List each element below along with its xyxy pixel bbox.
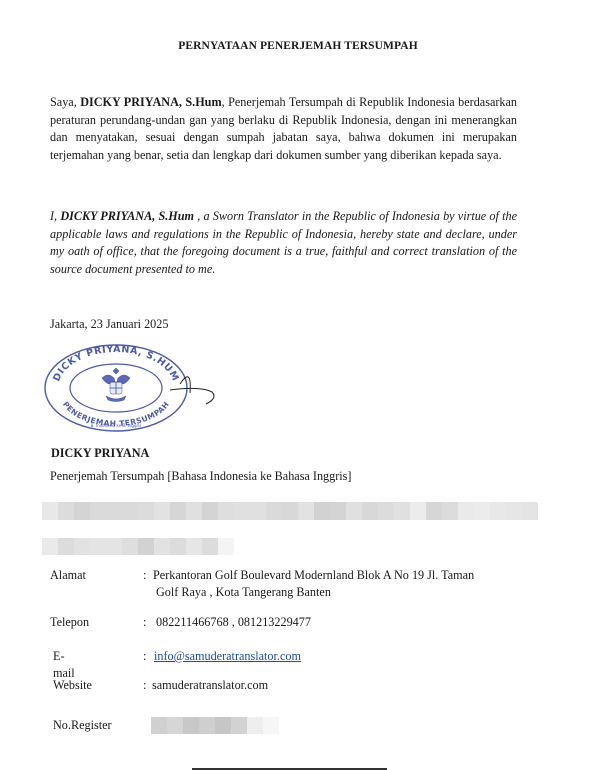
statement-english: I, DICKY PRIYANA, S.Hum , a Sworn Transl… — [50, 208, 517, 278]
email-colon: : — [143, 648, 146, 665]
address-colon: : — [143, 567, 146, 584]
redacted-line-1 — [42, 502, 538, 520]
address-label: Alamat — [50, 567, 86, 584]
garuda-emblem-icon — [102, 368, 130, 402]
statement-en-prefix: I, — [50, 209, 60, 223]
statement-indonesian: Saya, DICKY PRIYANA, S.Hum, Penerjemah T… — [50, 94, 517, 164]
official-stamp: DICKY PRIYANA, S.HUM PENERJEMAH TERSUMPA… — [40, 338, 220, 433]
phone-label: Telepon — [50, 614, 89, 631]
stamp-sub-text: B. Indonesia ke B. Inggris — [91, 423, 142, 428]
document-title: PERNYATAAN PENERJEMAH TERSUMPAH — [0, 40, 596, 52]
website-label: Website — [53, 677, 92, 694]
phone-colon: : — [143, 614, 146, 631]
document-page: PERNYATAAN PENERJEMAH TERSUMPAH Saya, DI… — [0, 0, 596, 770]
statement-id-prefix: Saya, — [50, 95, 80, 109]
signatory-name: DICKY PRIYANA — [51, 446, 149, 461]
email-link[interactable]: info@samuderatranslator.com — [154, 648, 301, 665]
place-date: Jakarta, 23 Januari 2025 — [50, 317, 168, 332]
redacted-register-number — [151, 717, 279, 734]
website-value: samuderatranslator.com — [152, 677, 268, 694]
translator-name-id: DICKY PRIYANA, S.Hum — [80, 95, 221, 109]
signatory-role: Penerjemah Tersumpah [Bahasa Indonesia k… — [50, 469, 351, 484]
website-colon: : — [143, 677, 146, 694]
phone-value: 082211466768 , 081213229477 — [156, 614, 311, 631]
address-line-1: Perkantoran Golf Boulevard Modernland Bl… — [153, 567, 474, 584]
translator-name-en: DICKY PRIYANA, S.Hum — [60, 209, 194, 223]
register-label: No.Register — [53, 717, 112, 734]
signature-stroke — [170, 377, 214, 404]
redacted-line-2 — [42, 538, 234, 555]
address-line-2: Golf Raya , Kota Tangerang Banten — [156, 584, 331, 601]
